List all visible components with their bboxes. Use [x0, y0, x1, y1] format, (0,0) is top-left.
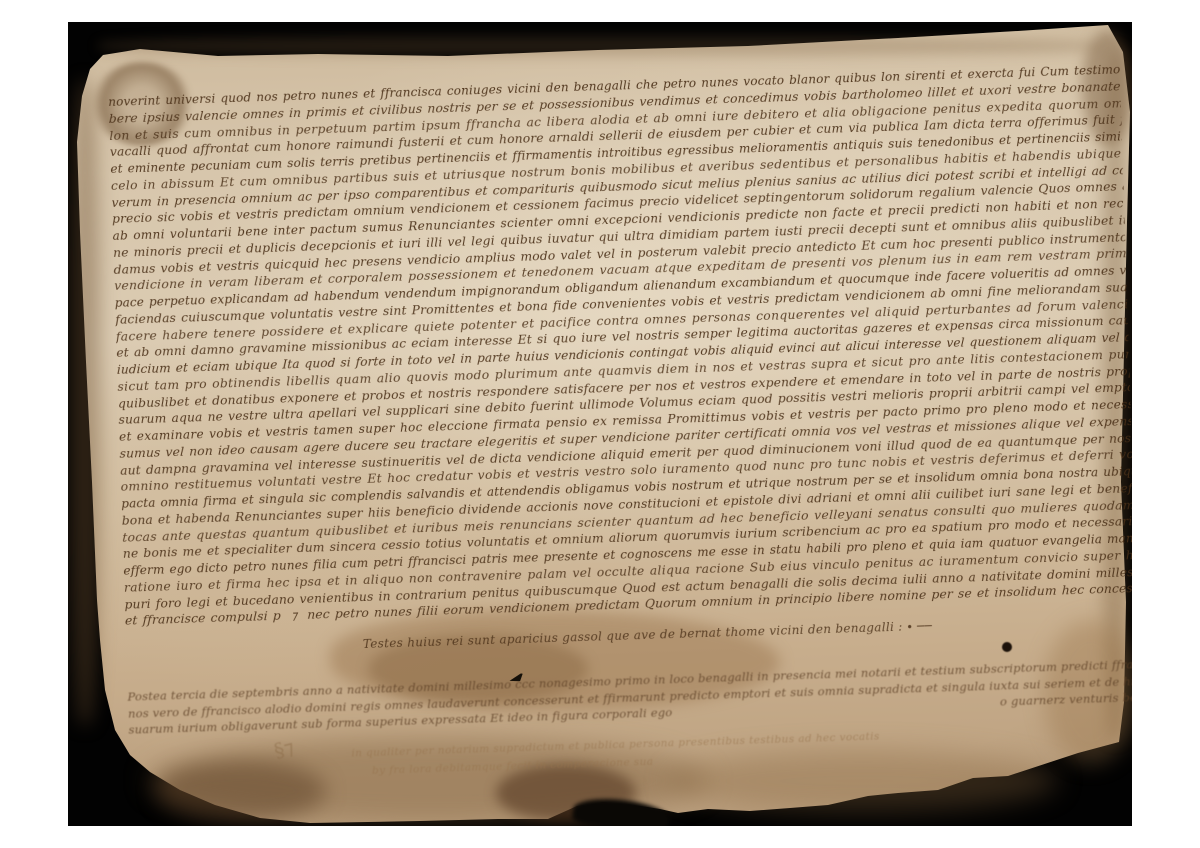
- manuscript-text-block: noverint universi quod nos petro nunes e…: [108, 61, 1132, 823]
- main-text-lines: noverint universi quod nos petro nunes e…: [108, 61, 1132, 629]
- scanned-document-page: noverint universi quod nos petro nunes e…: [0, 0, 1200, 848]
- photo-frame: noverint universi quod nos petro nunes e…: [68, 22, 1132, 826]
- witness-line: Testes huius rei sunt aparicius gassol q…: [363, 613, 1083, 653]
